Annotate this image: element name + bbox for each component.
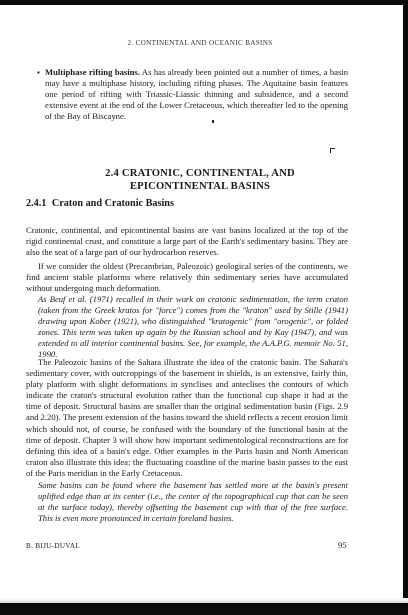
scan-corner-mark [330, 148, 335, 153]
paragraph-text: Cratonic, continental, and epicontinenta… [26, 225, 348, 258]
bullet-icon: ▪ [37, 67, 40, 78]
section-heading: 2.4 CRATONIC, CONTINENTAL, AND EPICONTIN… [0, 168, 400, 193]
scan-border-bottom [0, 603, 408, 615]
subsection-heading: 2.4.1 Craton and Cratonic Basins [26, 198, 174, 209]
running-head: 2. CONTINENTAL AND OCEANIC BASINS [0, 39, 400, 47]
paragraph-text: Some basins can be found where the basem… [38, 480, 348, 524]
section-heading-line1: 2.4 CRATONIC, CONTINENTAL, AND [0, 168, 400, 181]
paragraph-text: As Beuf et al. (1971) recalled in their … [38, 294, 348, 361]
paragraph: Cratonic, continental, and epicontinenta… [26, 225, 348, 258]
paragraph-text: If we consider the oldest (Precambrian, … [26, 261, 348, 294]
bullet-lead: Multiphase rifting basins. [45, 67, 140, 77]
subsection-number: 2.4.1 [26, 198, 46, 209]
subsection-title: Craton and Cratonic Basins [52, 198, 174, 209]
scan-border-top [0, 0, 408, 5]
section-heading-line2: EPICONTINENTAL BASINS [0, 181, 400, 194]
paragraph: If we consider the oldest (Precambrian, … [26, 261, 348, 294]
page-number: 95 [338, 540, 347, 550]
paragraph: The Paleozoic basins of the Sahara illus… [26, 357, 348, 479]
paragraph-text: The Paleozoic basins of the Sahara illus… [26, 357, 348, 479]
scan-border-right [403, 0, 408, 603]
note-paragraph: Some basins can be found where the basem… [38, 480, 348, 524]
bullet-paragraph: ▪ Multiphase rifting basins. As has alre… [45, 67, 348, 122]
footer-author: B. BIJU-DUVAL [26, 542, 80, 550]
note-paragraph: As Beuf et al. (1971) recalled in their … [38, 294, 348, 361]
scan-artifact-mark [212, 120, 214, 123]
